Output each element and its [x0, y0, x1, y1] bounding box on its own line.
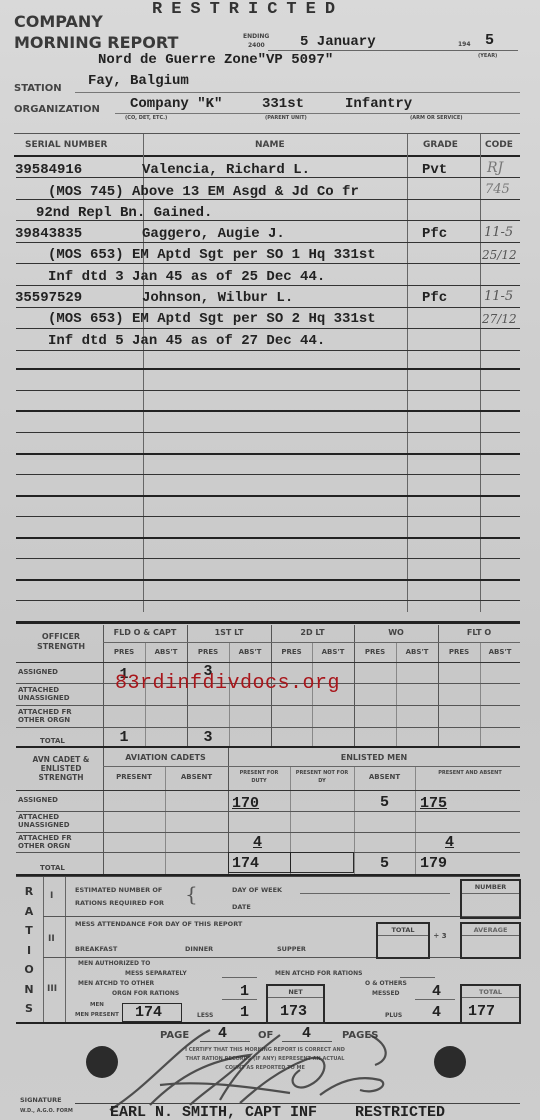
location-line: Nord de Guerre Zone"VP 5097": [98, 52, 333, 68]
serial-number: 35597529: [15, 290, 82, 306]
net-label: NET: [268, 988, 323, 996]
row-label-assigned: ASSIGNED: [18, 796, 58, 804]
grade: Pfc: [422, 290, 447, 306]
year-prefix: 194: [458, 41, 471, 48]
row-label-attached-unassigned: ATTACHED UNASSIGNED: [18, 686, 93, 702]
report-date: 5 January: [300, 34, 376, 50]
remarks-line: (MOS 653) EM Aptd Sgt per SO 2 Hq 331st: [48, 311, 376, 327]
number-label: NUMBER: [462, 883, 519, 891]
remarks-line: 92nd Repl Bn. Gained.: [36, 205, 212, 221]
plus-value: 4: [432, 1004, 441, 1021]
mess-total-label: TOTAL: [378, 926, 428, 934]
signature-label: SIGNATURE: [20, 1096, 62, 1104]
form-title-company: COMPANY: [14, 12, 103, 31]
col-header-code: CODE: [485, 140, 513, 150]
row-label-attached-other: ATTACHED FR OTHER ORGN: [18, 834, 93, 850]
org-sublabel-co: (CO, DET, ETC.): [125, 115, 167, 121]
meal-breakfast: BREAKFAST: [75, 945, 117, 953]
section-i-numeral: I: [50, 891, 53, 901]
code-handwritten: 11-5: [484, 289, 513, 304]
em-total-present-duty: 174: [232, 855, 259, 872]
em-assigned-present-absent: 175: [420, 795, 447, 812]
year-label: (YEAR): [478, 53, 497, 59]
em-total-present-absent: 179: [420, 855, 447, 872]
form-label: W.D., A.G.O. FORM: [20, 1108, 73, 1114]
atchd-other-label-b: ORGN FOR RATIONS: [112, 990, 179, 997]
em-total-absent: 5: [380, 855, 389, 872]
code-handwritten: RJ: [487, 160, 503, 176]
col-header-grade: GRADE: [423, 140, 458, 150]
officer-total-1stlt-pres: 3: [187, 729, 229, 746]
officer-total-fldo-pres: 1: [103, 729, 145, 746]
others-value: 4: [432, 983, 441, 1000]
report-year: 5: [485, 32, 494, 49]
remarks-line: Inf dtd 3 Jan 45 as of 25 Dec 44.: [48, 269, 325, 285]
rations-total-label: TOTAL: [462, 988, 519, 996]
em-attached-present-absent: 4: [445, 834, 454, 851]
officer-strength-title: OFFICER STRENGTH: [22, 632, 100, 652]
soldier-name: Valencia, Richard L.: [142, 162, 310, 178]
subcol-pres: PRES: [103, 648, 145, 656]
group-flt-o: FLT O: [438, 628, 520, 637]
serial-number: 39843835: [15, 226, 82, 242]
subcol-abst: ABS'T: [396, 648, 438, 656]
subcol-present: PRESENT: [103, 773, 165, 781]
group-fld-o-capt: FLD O & CAPT: [103, 628, 187, 637]
em-attached-present-duty: 4: [253, 834, 262, 851]
men-present-label: MEN PRESENT: [75, 1012, 119, 1018]
group-2d-lt: 2D LT: [271, 628, 354, 637]
auth-label-a: MEN AUTHORIZED TO: [78, 960, 150, 967]
rations-est-label-b: RATIONS REQUIRED FOR: [75, 899, 164, 907]
average-label: AVERAGE: [462, 926, 519, 934]
subcol-absent: ABSENT: [165, 773, 228, 781]
subcol-abst: ABS'T: [229, 648, 271, 656]
classification-top: RESTRICTED: [152, 0, 344, 19]
others-label-a: O & OTHERS: [365, 980, 407, 987]
classification-bottom: RESTRICTED: [355, 1104, 445, 1120]
organization-company: Company "K": [130, 96, 222, 112]
atchd-for-label: MEN ATCHD FOR RATIONS: [275, 970, 362, 977]
subcol-present-not-for-duty: PRESENT NOT FOR DY: [294, 769, 350, 785]
organization-parent-unit: 331st: [262, 96, 304, 112]
subcol-abst: ABS'T: [145, 648, 187, 656]
col-header-serial: SERIAL NUMBER: [25, 140, 107, 150]
soldier-name: Johnson, Wilbur L.: [142, 290, 293, 306]
group-1st-lt: 1ST LT: [187, 628, 271, 637]
signer-name: EARL N. SMITH, CAPT INF: [110, 1104, 317, 1120]
row-label-total: TOTAL: [40, 737, 65, 745]
row-label-attached-other: ATTACHED FR OTHER ORGN: [18, 708, 93, 724]
meal-dinner: DINNER: [185, 945, 213, 953]
subcol-abst: ABS'T: [312, 648, 354, 656]
enlisted-strength-title: AVN CADET & ENLISTED STRENGTH: [22, 755, 100, 782]
remarks-line: (MOS 745) Above 13 EM Asgd & Jd Co fr: [48, 184, 359, 200]
organization-arm: Infantry: [345, 96, 412, 112]
code-handwritten-2: 25/12: [482, 248, 517, 262]
signature-scrawl: [90, 1025, 420, 1115]
subcol-pres: PRES: [354, 648, 396, 656]
form-title-report: MORNING REPORT: [14, 33, 178, 52]
rations-total-value: 177: [468, 1003, 495, 1020]
row-label-attached-unassigned: ATTACHED UNASSIGNED: [18, 813, 93, 829]
plus-label: PLUS: [385, 1012, 402, 1019]
less-value: 1: [240, 1004, 249, 1021]
subcol-pres: PRES: [187, 648, 229, 656]
subcol-present-for-duty: PRESENT FOR DUTY: [232, 769, 286, 785]
subcol-absent-em: ABSENT: [354, 773, 415, 781]
group-aviation-cadets: AVIATION CADETS: [103, 753, 228, 762]
ending-label: ENDING: [243, 33, 269, 40]
auth-label-b: MESS SEPARATELY: [125, 970, 187, 977]
ending-time-label: 2400: [248, 42, 265, 49]
punch-hole-right: [434, 1046, 466, 1078]
group-wo: WO: [354, 628, 438, 637]
code-handwritten-2: 745: [485, 182, 510, 197]
serial-number: 39584916: [15, 162, 82, 178]
em-assigned-absent: 5: [380, 794, 389, 811]
mess-attendance-label: MESS ATTENDANCE FOR DAY OF THIS REPORT: [75, 920, 242, 928]
net-value: 173: [280, 1003, 307, 1020]
divide-by-three: ÷ 3: [432, 932, 448, 940]
day-of-week-label: DAY OF WEEK: [232, 886, 282, 894]
remarks-line: (MOS 653) EM Aptd Sgt per SO 1 Hq 331st: [48, 247, 376, 263]
rations-est-label-a: ESTIMATED NUMBER OF: [75, 886, 162, 894]
grade: Pvt: [422, 162, 447, 178]
meal-supper: SUPPER: [277, 945, 306, 953]
row-label-total: TOTAL: [40, 864, 65, 872]
code-handwritten-2: 27/12: [482, 312, 517, 326]
grade: Pfc: [422, 226, 447, 242]
men-present-value: 174: [135, 1004, 162, 1021]
soldier-name: Gaggero, Augie J.: [142, 226, 285, 242]
row-label-assigned: ASSIGNED: [18, 668, 58, 676]
code-handwritten: 11-5: [484, 225, 513, 240]
section-ii-numeral: II: [48, 934, 55, 944]
atchd-other-label-a: MEN ATCHD TO OTHER: [78, 980, 154, 987]
rations-side-label: R A T I O N S: [22, 882, 36, 1019]
subcol-present-and-absent: PRESENT AND ABSENT: [425, 769, 515, 777]
subcol-pres: PRES: [271, 648, 312, 656]
station-value: Fay, Balgium: [88, 73, 189, 89]
subcol-pres: PRES: [438, 648, 480, 656]
org-sublabel-parent: (PARENT UNIT): [265, 115, 307, 121]
col-header-name: NAME: [255, 140, 285, 150]
group-enlisted-men: ENLISTED MEN: [228, 753, 520, 762]
remarks-line: Inf dtd 5 Jan 45 as of 27 Dec 44.: [48, 333, 325, 349]
em-assigned-present-duty: 170: [232, 795, 259, 812]
others-label-b: MESSED: [372, 990, 400, 997]
men-present-label-a: MEN: [90, 1002, 104, 1008]
date-label: DATE: [232, 903, 251, 911]
morning-report-page: RESTRICTED COMPANY MORNING REPORT ENDING…: [0, 0, 540, 1120]
less-label: LESS: [197, 1012, 213, 1019]
subcol-abst: ABS'T: [480, 648, 520, 656]
section-iii-numeral: III: [47, 984, 57, 994]
watermark-text: 83rdinfdivdocs.org: [115, 672, 340, 695]
station-label: STATION: [14, 83, 62, 94]
org-sublabel-arm: (ARM OR SERVICE): [410, 115, 463, 121]
organization-label: ORGANIZATION: [14, 104, 100, 115]
atchd-other-value: 1: [240, 983, 249, 1000]
